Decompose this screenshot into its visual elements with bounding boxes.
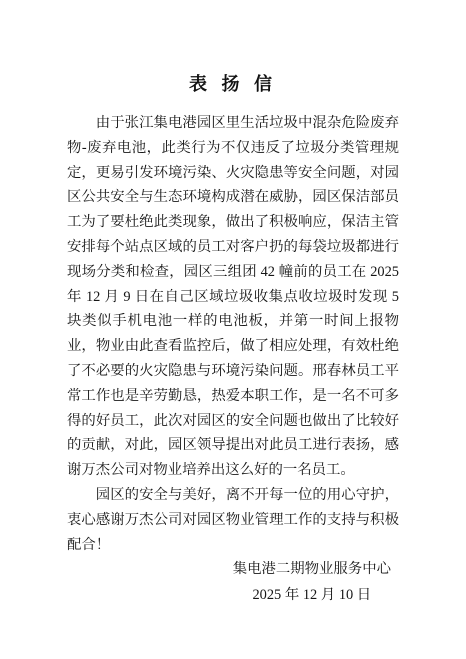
commendation-letter-page: 表 扬 信 由于张江集电港园区里生活垃圾中混杂危险废弃物-废弃电池，此类行为不仅… [0,0,466,659]
letter-paragraph-1: 由于张江集电港园区里生活垃圾中混杂危险废弃物-废弃电池，此类行为不仅违反了垃圾分… [67,111,399,483]
letter-paragraph-2: 园区的安全与美好，离不开每一位的用心守护，衷心感谢万杰公司对园区物业管理工作的支… [67,483,399,557]
signature-block: 集电港二期物业服务中心 2025 年 12 月 10 日 [233,557,391,608]
letter-body: 由于张江集电港园区里生活垃圾中混杂危险废弃物-废弃电池，此类行为不仅违反了垃圾分… [67,111,399,608]
letter-title: 表 扬 信 [67,70,399,96]
signature-date: 2025 年 12 月 10 日 [233,583,391,609]
signature-organization: 集电港二期物业服务中心 [233,557,391,583]
